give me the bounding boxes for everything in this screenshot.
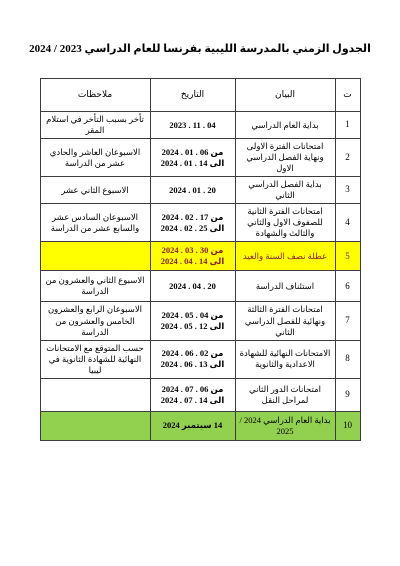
- date-line: 04 . 11 . 2023: [154, 120, 232, 131]
- statement-cell: عطلة نصف السنة والعيد: [235, 242, 335, 271]
- document-page: الجدول الزمني بالمدرسة الليبية بفرنسا لل…: [0, 0, 400, 566]
- header-number: ت: [335, 79, 360, 112]
- statement-cell: بداية الفصل الدراسي الثاني: [235, 177, 335, 204]
- table-row: 3بداية الفصل الدراسي الثاني20 . 01 . 202…: [40, 177, 360, 204]
- notes-cell: حسب المتوقع مع الامتحانات النهائية للشها…: [40, 340, 150, 378]
- date-line: من 02 . 06 . 2024: [154, 348, 232, 359]
- date-line: من 30 . 03 . 2024: [154, 245, 232, 256]
- date-line: من 06 . 01 . 2024: [154, 147, 232, 158]
- statement-cell: بداية العام الدراسي: [235, 112, 335, 139]
- date-cell: من 06 . 07 . 2024الى 14 . 07 . 2024: [150, 378, 235, 411]
- statement-cell: بداية العام الدراسي 2024 / 2025: [235, 411, 335, 440]
- date-cell: من 04 . 05 . 2024الى 12 . 05 . 2024: [150, 302, 235, 340]
- notes-cell: الاسبوع الثاني والعشرون من الدراسة: [40, 271, 150, 302]
- row-number-cell: 4: [335, 204, 360, 242]
- date-line: الى 14 . 01 . 2024: [154, 158, 232, 169]
- date-cell: 20 . 04 . 2024: [150, 271, 235, 302]
- date-cell: من 02 . 06 . 2024الى 13 . 06 . 2024: [150, 340, 235, 378]
- table-row: 8الامتحانات النهائية للشهادة الاعدادية و…: [40, 340, 360, 378]
- row-number-cell: 2: [335, 139, 360, 177]
- row-number-cell: 8: [335, 340, 360, 378]
- date-line: الى 14 . 07 . 2024: [154, 395, 232, 406]
- header-row: ت البيان التاريخ ملاحظات: [40, 79, 360, 112]
- notes-cell: [40, 378, 150, 411]
- statement-cell: امتحانات الفترة الثالثة ونهائية للفصل ال…: [235, 302, 335, 340]
- row-number-cell: 1: [335, 112, 360, 139]
- notes-cell: الاسبوعان السادس عشر والسابع عشر من الدر…: [40, 204, 150, 242]
- date-line: من 17 . 02 . 2024: [154, 212, 232, 223]
- row-number-cell: 6: [335, 271, 360, 302]
- date-line: الى 25 . 02 . 2024: [154, 223, 232, 234]
- statement-cell: امتحانات الفترة الاولى ونهاية الفصل الدر…: [235, 139, 335, 177]
- table-row: 9امتحانات الدور الثاني لمراحل النقلمن 06…: [40, 378, 360, 411]
- date-line: 14 سبتمبر 2024: [154, 420, 232, 431]
- date-cell: 20 . 01 . 2024: [150, 177, 235, 204]
- date-cell: من 17 . 02 . 2024الى 25 . 02 . 2024: [150, 204, 235, 242]
- notes-cell: الاسبوعان الرابع والعشرون الخامس والعشرو…: [40, 302, 150, 340]
- statement-cell: امتحانات الدور الثاني لمراحل النقل: [235, 378, 335, 411]
- page-title: الجدول الزمني بالمدرسة الليبية بفرنسا لل…: [0, 0, 400, 55]
- header-date: التاريخ: [150, 79, 235, 112]
- date-line: الى 12 . 05 . 2024: [154, 321, 232, 332]
- date-line: 20 . 01 . 2024: [154, 185, 232, 196]
- row-number-cell: 7: [335, 302, 360, 340]
- date-line: الى 13 . 06 . 2024: [154, 359, 232, 370]
- header-notes: ملاحظات: [40, 79, 150, 112]
- date-cell: من 30 . 03 . 2024الى 14 . 04 . 2024: [150, 242, 235, 271]
- date-cell: من 06 . 01 . 2024الى 14 . 01 . 2024: [150, 139, 235, 177]
- date-line: من 06 . 07 . 2024: [154, 384, 232, 395]
- table-row: 4امتحانات الفترة الثانية للصفوف الاول وا…: [40, 204, 360, 242]
- date-cell: 04 . 11 . 2023: [150, 112, 235, 139]
- date-line: من 04 . 05 . 2024: [154, 310, 232, 321]
- schedule-table-body: 1بداية العام الدراسي04 . 11 . 2023تأخر ب…: [40, 112, 360, 441]
- table-row: 2امتحانات الفترة الاولى ونهاية الفصل الد…: [40, 139, 360, 177]
- notes-cell: الاسبوعان العاشر والحادي عشر من الدراسة: [40, 139, 150, 177]
- table-row: 6استئناف الدراسة20 . 04 . 2024الاسبوع ال…: [40, 271, 360, 302]
- row-number-cell: 9: [335, 378, 360, 411]
- statement-cell: امتحانات الفترة الثانية للصفوف الاول وال…: [235, 204, 335, 242]
- table-row: 5عطلة نصف السنة والعيدمن 30 . 03 . 2024ا…: [40, 242, 360, 271]
- notes-cell: [40, 411, 150, 440]
- date-cell: 14 سبتمبر 2024: [150, 411, 235, 440]
- row-number-cell: 3: [335, 177, 360, 204]
- date-line: الى 14 . 04 . 2024: [154, 256, 232, 267]
- statement-cell: الامتحانات النهائية للشهادة الاعدادية وا…: [235, 340, 335, 378]
- row-number-cell: 5: [335, 242, 360, 271]
- row-number-cell: 10: [335, 411, 360, 440]
- schedule-table-header: ت البيان التاريخ ملاحظات: [40, 79, 360, 112]
- notes-cell: [40, 242, 150, 271]
- table-row: 10بداية العام الدراسي 2024 / 202514 سبتم…: [40, 411, 360, 440]
- date-line: 20 . 04 . 2024: [154, 281, 232, 292]
- notes-cell: تأخر بسبب التأخر في استلام المقر: [40, 112, 150, 139]
- statement-cell: استئناف الدراسة: [235, 271, 335, 302]
- notes-cell: الاسبوع الثاني عشر: [40, 177, 150, 204]
- table-row: 7امتحانات الفترة الثالثة ونهائية للفصل ا…: [40, 302, 360, 340]
- schedule-table: ت البيان التاريخ ملاحظات 1بداية العام ال…: [40, 78, 361, 441]
- header-statement: البيان: [235, 79, 335, 112]
- table-row: 1بداية العام الدراسي04 . 11 . 2023تأخر ب…: [40, 112, 360, 139]
